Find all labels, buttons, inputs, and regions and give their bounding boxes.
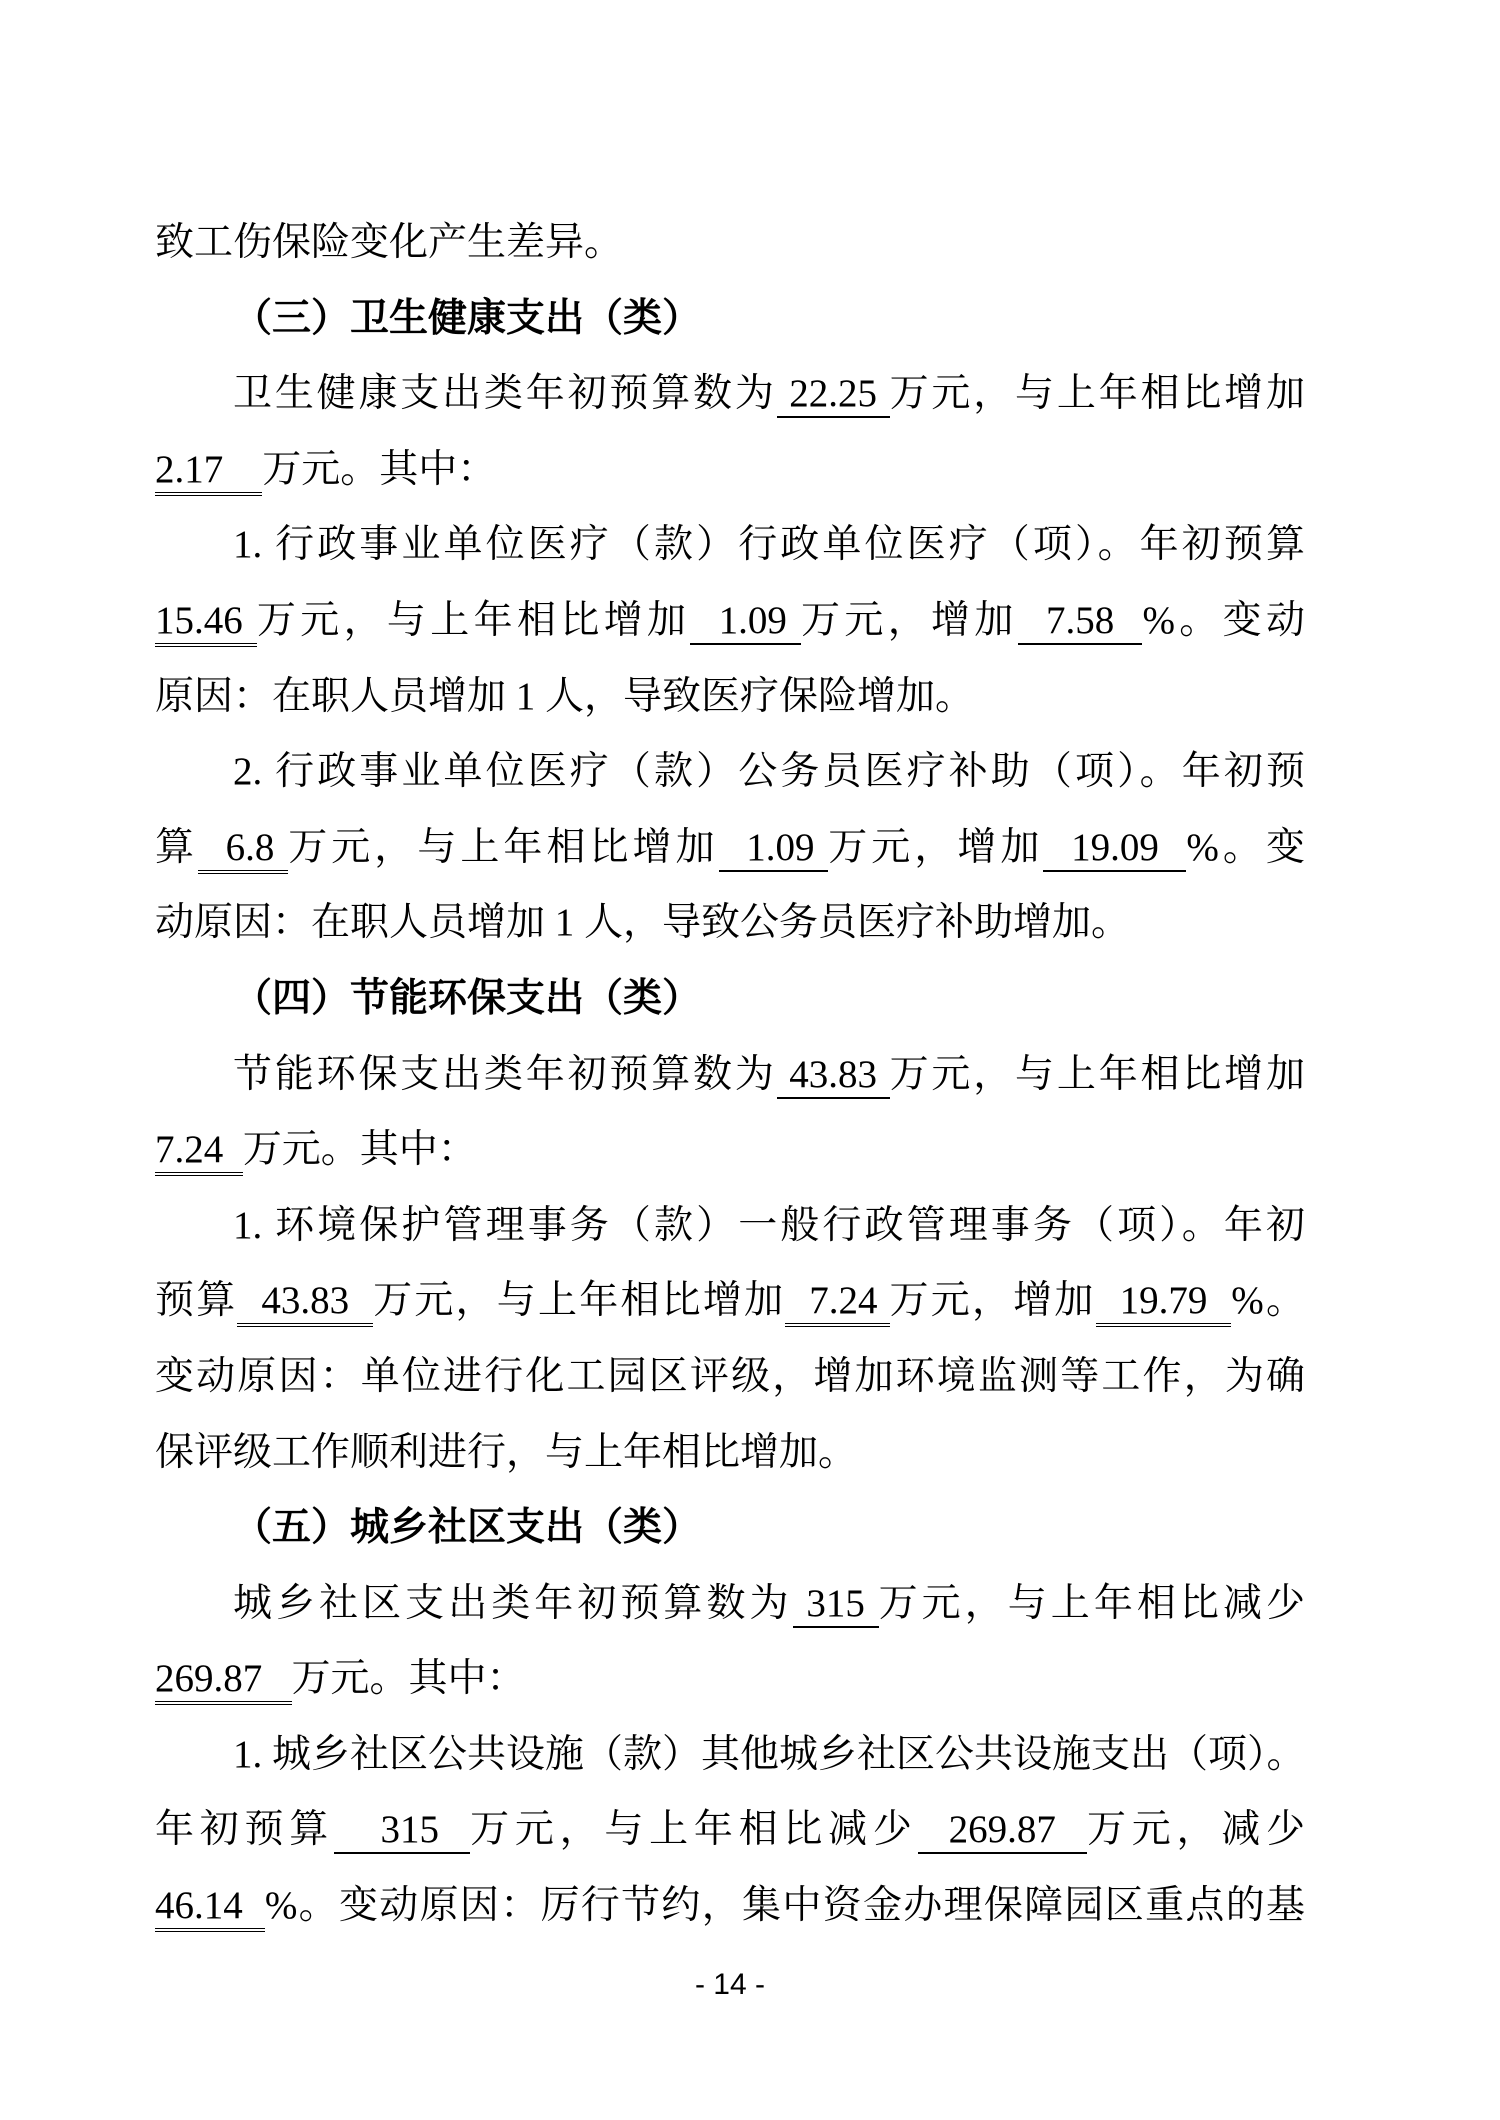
document-body: 致工伤保险变化产生差异。 （三）卫生健康支出（类） 卫生健康支出类年初预算数为 … [155, 205, 1305, 1944]
body-text: 万元，增加 [890, 1279, 1096, 1322]
body-text: 万元，与上年相比减少 [879, 1582, 1305, 1625]
underlined-value: 315 [334, 1808, 470, 1854]
section-heading-4: （四）节能环保支出（类） [155, 961, 1305, 1037]
body-text: %。 [1231, 1279, 1305, 1322]
body-text: 算 [155, 826, 198, 869]
underlined-value: 7.24 [155, 1128, 243, 1176]
body-text: 1. 城乡社区公共设施（款）其他城乡社区公共设施支出（项）。 [233, 1733, 1306, 1776]
text-line: 1. 环境保护管理事务（款）一般行政管理事务（项）。年初 [155, 1188, 1305, 1264]
body-text: %。变动 [1142, 599, 1305, 642]
heading-text: （四）节能环保支出（类） [233, 977, 701, 1020]
body-text: 万元，与上年相比增加 [288, 826, 718, 869]
underlined-value: 43.83 [237, 1279, 373, 1327]
section-heading-5: （五）城乡社区支出（类） [155, 1490, 1305, 1566]
body-text: 原因：在职人员增加 1 人，导致医疗保险增加。 [155, 675, 974, 718]
body-text: 万元，与上年相比增加 [890, 372, 1305, 415]
underlined-value: 43.83 [777, 1053, 890, 1099]
underlined-value: 2.17 [155, 448, 262, 496]
text-line: 城乡社区支出类年初预算数为 315 万元，与上年相比减少 [155, 1566, 1305, 1642]
body-text: 万元，与上年相比增加 [373, 1279, 785, 1322]
text-line: 卫生健康支出类年初预算数为 22.25 万元，与上年相比增加 [155, 356, 1305, 432]
body-text: 变动原因：单位进行化工园区评级，增加环境监测等工作，为确 [155, 1355, 1305, 1398]
body-text: 2. 行政事业单位医疗（款）公务员医疗补助（项）。年初预 [233, 750, 1305, 793]
heading-text: （五）城乡社区支出（类） [233, 1506, 701, 1549]
underlined-value: 1.09 [690, 599, 801, 645]
body-text: 万元。其中： [243, 1128, 477, 1171]
body-text: 保评级工作顺利进行，与上年相比增加。 [155, 1431, 857, 1474]
body-text: 卫生健康支出类年初预算数为 [233, 372, 777, 415]
text-line: 15.46 万元，与上年相比增加 1.09 万元，增加 7.58 %。变动 [155, 583, 1305, 659]
underlined-value: 46.14 [155, 1884, 265, 1932]
underlined-value: 269.87 [155, 1657, 292, 1705]
body-text: 1. 环境保护管理事务（款）一般行政管理事务（项）。年初 [233, 1204, 1305, 1247]
body-text: 动原因：在职人员增加 1 人，导致公务员医疗补助增加。 [155, 901, 1130, 944]
underlined-value: 7.58 [1018, 599, 1143, 645]
body-text: %。变动原因：厉行节约，集中资金办理保障园区重点的基 [265, 1884, 1305, 1927]
text-line: 2. 行政事业单位医疗（款）公务员医疗补助（项）。年初预 [155, 734, 1305, 810]
underlined-value: 22.25 [777, 372, 890, 418]
underlined-value: 1.09 [719, 826, 829, 872]
text-line: 2.17 万元。其中： [155, 432, 1305, 508]
body-text: %。变 [1186, 826, 1305, 869]
body-text: 万元，增加 [801, 599, 1018, 642]
underlined-value: 19.79 [1096, 1279, 1232, 1327]
section-heading-3: （三）卫生健康支出（类） [155, 281, 1305, 357]
underlined-value: 269.87 [918, 1808, 1087, 1854]
document-page: 致工伤保险变化产生差异。 （三）卫生健康支出（类） 卫生健康支出类年初预算数为 … [0, 0, 1500, 2120]
underlined-value: 7.24 [785, 1279, 889, 1327]
text-line: 46.14 %。变动原因：厉行节约，集中资金办理保障园区重点的基 [155, 1868, 1305, 1944]
text-line: 动原因：在职人员增加 1 人，导致公务员医疗补助增加。 [155, 885, 1305, 961]
page-footer: - 14 - [155, 1968, 1305, 2002]
underlined-value: 315 [793, 1582, 879, 1628]
body-text: 万元，增加 [828, 826, 1043, 869]
text-line: 致工伤保险变化产生差异。 [155, 205, 1305, 281]
body-text: 1. 行政事业单位医疗（款）行政单位医疗（项）。年初预算 [233, 523, 1305, 566]
body-text: 节能环保支出类年初预算数为 [233, 1053, 777, 1096]
text-line: 1. 行政事业单位医疗（款）行政单位医疗（项）。年初预算 [155, 507, 1305, 583]
underlined-value: 15.46 [155, 599, 257, 647]
body-text: 万元。其中： [292, 1657, 526, 1700]
text-line: 年初预算 315 万元，与上年相比减少 269.87 万元，减少 [155, 1792, 1305, 1868]
text-line: 7.24 万元。其中： [155, 1112, 1305, 1188]
body-text: 年初预算 [155, 1808, 334, 1851]
body-text: 万元，与上年相比减少 [470, 1808, 918, 1851]
body-text: 预算 [155, 1279, 237, 1322]
text-line: 1. 城乡社区公共设施（款）其他城乡社区公共设施支出（项）。 [155, 1717, 1305, 1793]
text-line: 节能环保支出类年初预算数为 43.83 万元，与上年相比增加 [155, 1037, 1305, 1113]
text-line: 算 6.8 万元，与上年相比增加 1.09 万元，增加 19.09 %。变 [155, 810, 1305, 886]
text-line: 保评级工作顺利进行，与上年相比增加。 [155, 1415, 1305, 1491]
body-text: 万元，与上年相比增加 [890, 1053, 1305, 1096]
text-line: 预算 43.83 万元，与上年相比增加 7.24 万元，增加 19.79 %。 [155, 1263, 1305, 1339]
body-text: 万元，与上年相比增加 [257, 599, 691, 642]
body-text: 万元。其中： [262, 448, 496, 491]
body-text: 万元，减少 [1087, 1808, 1305, 1851]
body-text: 致工伤保险变化产生差异。 [155, 221, 623, 264]
page-number: - 14 - [695, 1968, 765, 2001]
body-text: 城乡社区支出类年初预算数为 [233, 1582, 793, 1625]
heading-text: （三）卫生健康支出（类） [233, 297, 701, 340]
underlined-value: 6.8 [198, 826, 288, 874]
text-line: 269.87 万元。其中： [155, 1641, 1305, 1717]
text-line: 原因：在职人员增加 1 人，导致医疗保险增加。 [155, 659, 1305, 735]
underlined-value: 19.09 [1043, 826, 1186, 872]
text-line: 变动原因：单位进行化工园区评级，增加环境监测等工作，为确 [155, 1339, 1305, 1415]
